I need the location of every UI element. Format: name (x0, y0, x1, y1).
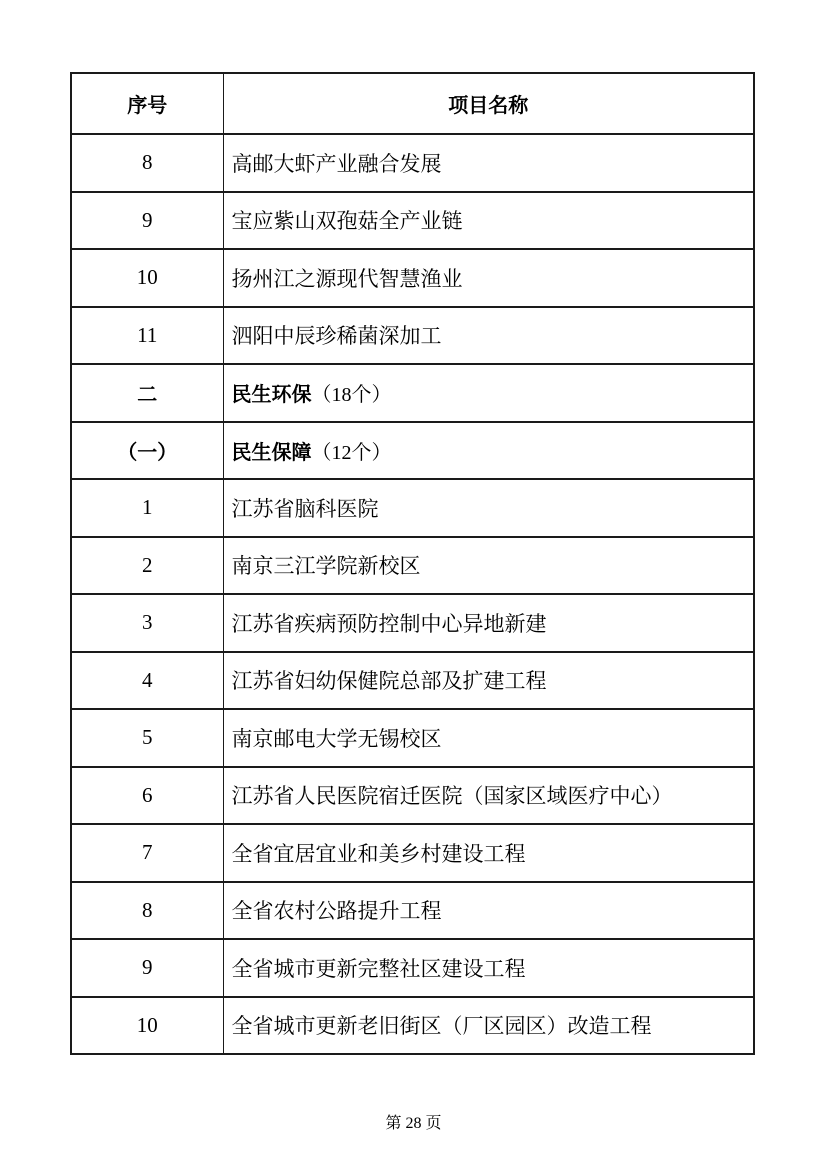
project-name-text: 民生保障 (232, 442, 312, 464)
project-name-cell: 江苏省脑科医院 (223, 479, 754, 537)
table-row: 1江苏省脑科医院 (71, 479, 754, 537)
project-name-cell: 全省城市更新老旧街区（厂区园区）改造工程 (223, 997, 754, 1055)
project-name-cell: 南京三江学院新校区 (223, 537, 754, 595)
project-name-cell: 江苏省人民医院宿迁医院（国家区域医疗中心） (223, 767, 754, 825)
table-row: 5南京邮电大学无锡校区 (71, 709, 754, 767)
header-row: 序号 项目名称 (71, 73, 754, 134)
row-no-cell: 1 (71, 479, 223, 537)
project-name-text: 江苏省疾病预防控制中心异地新建 (232, 612, 547, 636)
table-row: 9全省城市更新完整社区建设工程 (71, 939, 754, 997)
col-header-name: 项目名称 (223, 73, 754, 134)
project-name-text: 宝应紫山双孢菇全产业链 (232, 209, 463, 233)
project-name-cell: 民生保障（12个） (223, 422, 754, 480)
row-no-cell: 9 (71, 939, 223, 997)
table-row: 10全省城市更新老旧街区（厂区园区）改造工程 (71, 997, 754, 1055)
project-name-text: 江苏省妇幼保健院总部及扩建工程 (232, 669, 547, 693)
project-name-cell: 宝应紫山双孢菇全产业链 (223, 192, 754, 250)
row-no-cell: 7 (71, 824, 223, 882)
table-row: 3江苏省疾病预防控制中心异地新建 (71, 594, 754, 652)
row-no-cell: 8 (71, 882, 223, 940)
row-no-cell: 二 (71, 364, 223, 422)
section-count-text: （18个） (312, 384, 392, 406)
table-body: 8高邮大虾产业融合发展9宝应紫山双孢菇全产业链10扬州江之源现代智慧渔业11泗阳… (71, 134, 754, 1054)
row-no-cell: 6 (71, 767, 223, 825)
project-name-cell: 江苏省疾病预防控制中心异地新建 (223, 594, 754, 652)
project-name-text: 民生环保 (232, 384, 312, 406)
row-no-cell: 3 (71, 594, 223, 652)
row-no-cell: 9 (71, 192, 223, 250)
col-header-no: 序号 (71, 73, 223, 134)
row-no-cell: 5 (71, 709, 223, 767)
project-name-text: 全省城市更新完整社区建设工程 (232, 957, 526, 981)
table-row: 8全省农村公路提升工程 (71, 882, 754, 940)
project-name-text: 全省宜居宜业和美乡村建设工程 (232, 842, 526, 866)
project-name-text: 江苏省人民医院宿迁医院（国家区域医疗中心） (232, 784, 673, 808)
row-no-cell: 8 (71, 134, 223, 192)
project-name-text: 高邮大虾产业融合发展 (232, 152, 442, 176)
project-name-cell: 高邮大虾产业融合发展 (223, 134, 754, 192)
section-count-text: （12个） (312, 442, 392, 464)
table-row: 10扬州江之源现代智慧渔业 (71, 249, 754, 307)
project-table: 序号 项目名称 8高邮大虾产业融合发展9宝应紫山双孢菇全产业链10扬州江之源现代… (70, 72, 755, 1055)
table-row: 2南京三江学院新校区 (71, 537, 754, 595)
table-row: 6江苏省人民医院宿迁医院（国家区域医疗中心） (71, 767, 754, 825)
table-row: 7全省宜居宜业和美乡村建设工程 (71, 824, 754, 882)
project-name-cell: 民生环保（18个） (223, 364, 754, 422)
row-no-cell: 10 (71, 997, 223, 1055)
project-name-text: 扬州江之源现代智慧渔业 (232, 267, 463, 291)
project-name-text: 江苏省脑科医院 (232, 497, 379, 521)
row-no-cell: 2 (71, 537, 223, 595)
table-header: 序号 项目名称 (71, 73, 754, 134)
row-no-cell: （一） (71, 422, 223, 480)
project-name-text: 南京三江学院新校区 (232, 554, 421, 578)
project-name-text: 全省城市更新老旧街区（厂区园区）改造工程 (232, 1014, 652, 1038)
table-row: 二民生环保（18个） (71, 364, 754, 422)
document-page: 序号 项目名称 8高邮大虾产业融合发展9宝应紫山双孢菇全产业链10扬州江之源现代… (0, 0, 827, 1170)
project-name-cell: 全省农村公路提升工程 (223, 882, 754, 940)
project-name-text: 泗阳中辰珍稀菌深加工 (232, 324, 442, 348)
row-no-cell: 11 (71, 307, 223, 365)
project-name-cell: 全省宜居宜业和美乡村建设工程 (223, 824, 754, 882)
project-name-text: 南京邮电大学无锡校区 (232, 727, 442, 751)
project-name-text: 全省农村公路提升工程 (232, 899, 442, 923)
project-name-cell: 江苏省妇幼保健院总部及扩建工程 (223, 652, 754, 710)
table-row: 4江苏省妇幼保健院总部及扩建工程 (71, 652, 754, 710)
page-number: 第 28 页 (0, 1112, 827, 1136)
project-name-cell: 全省城市更新完整社区建设工程 (223, 939, 754, 997)
project-name-cell: 扬州江之源现代智慧渔业 (223, 249, 754, 307)
table-row: 11泗阳中辰珍稀菌深加工 (71, 307, 754, 365)
row-no-cell: 10 (71, 249, 223, 307)
table-row: 9宝应紫山双孢菇全产业链 (71, 192, 754, 250)
table-row: （一）民生保障（12个） (71, 422, 754, 480)
project-name-cell: 泗阳中辰珍稀菌深加工 (223, 307, 754, 365)
project-name-cell: 南京邮电大学无锡校区 (223, 709, 754, 767)
table-row: 8高邮大虾产业融合发展 (71, 134, 754, 192)
row-no-cell: 4 (71, 652, 223, 710)
